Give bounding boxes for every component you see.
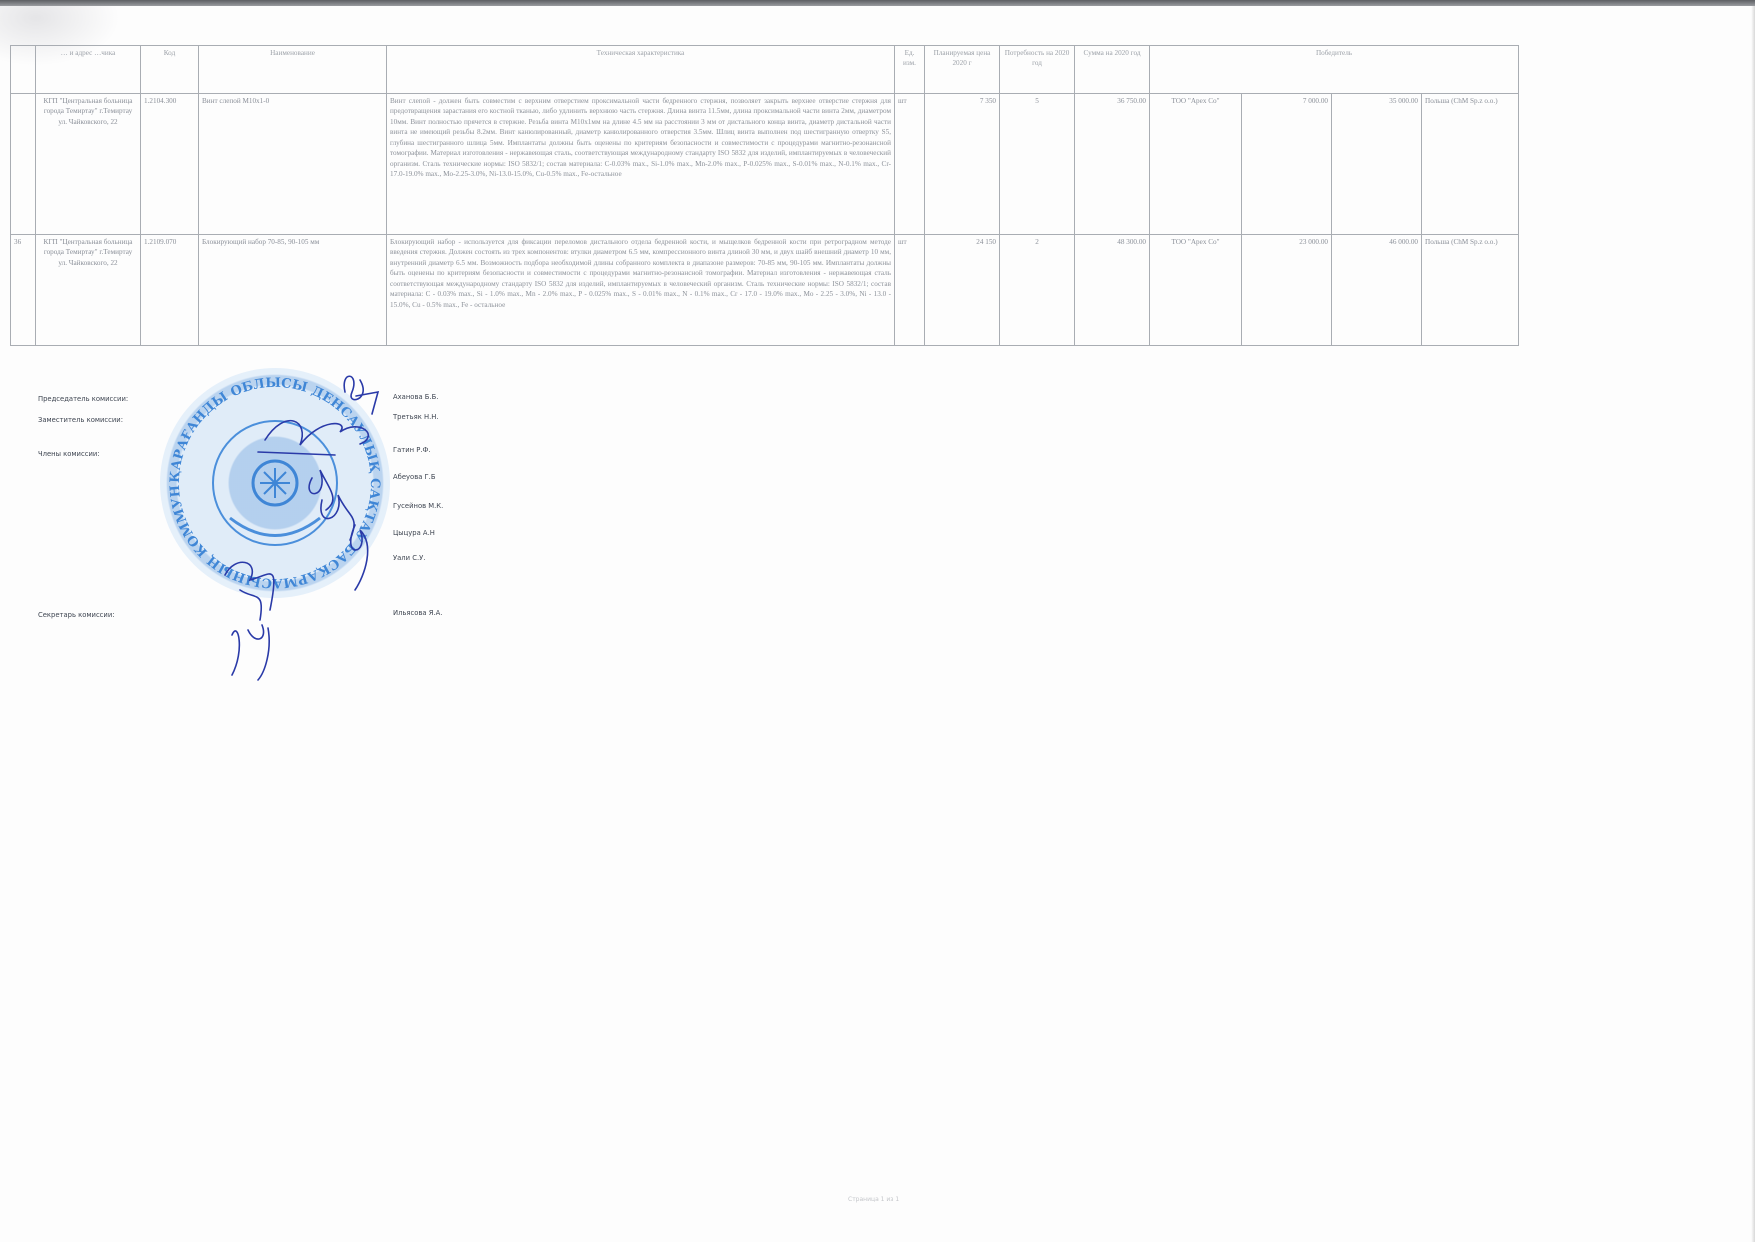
name-chairman: Аханова Б.Б. (393, 393, 438, 401)
signature-secretary (232, 625, 269, 680)
signature-deputy (258, 421, 368, 455)
role-deputy: Заместитель комиссии: (38, 416, 123, 424)
role-secretary: Секретарь комиссии: (38, 611, 115, 619)
role-chairman: Председатель комиссии: (38, 395, 128, 403)
name-member: Гатин Р.Ф. (393, 446, 431, 454)
name-deputy: Третьяк Н.Н. (393, 413, 439, 421)
signature-member-3 (351, 525, 368, 590)
name-member: Цыцура А.Н (393, 529, 435, 537)
name-secretary: Ильясова Я.А. (393, 609, 442, 617)
page-number: Страница 1 из 1 (848, 1196, 899, 1203)
name-member: Абеуова Г.Б (393, 473, 436, 481)
signature-member-2 (321, 495, 354, 540)
role-members: Члены комиссии: (38, 450, 100, 458)
signature-chairman (344, 376, 378, 414)
name-member: Уали С.У. (393, 554, 425, 562)
signatures (0, 0, 1755, 1242)
signature-member-4 (225, 562, 274, 620)
name-member: Гусейнов М.К. (393, 502, 443, 510)
